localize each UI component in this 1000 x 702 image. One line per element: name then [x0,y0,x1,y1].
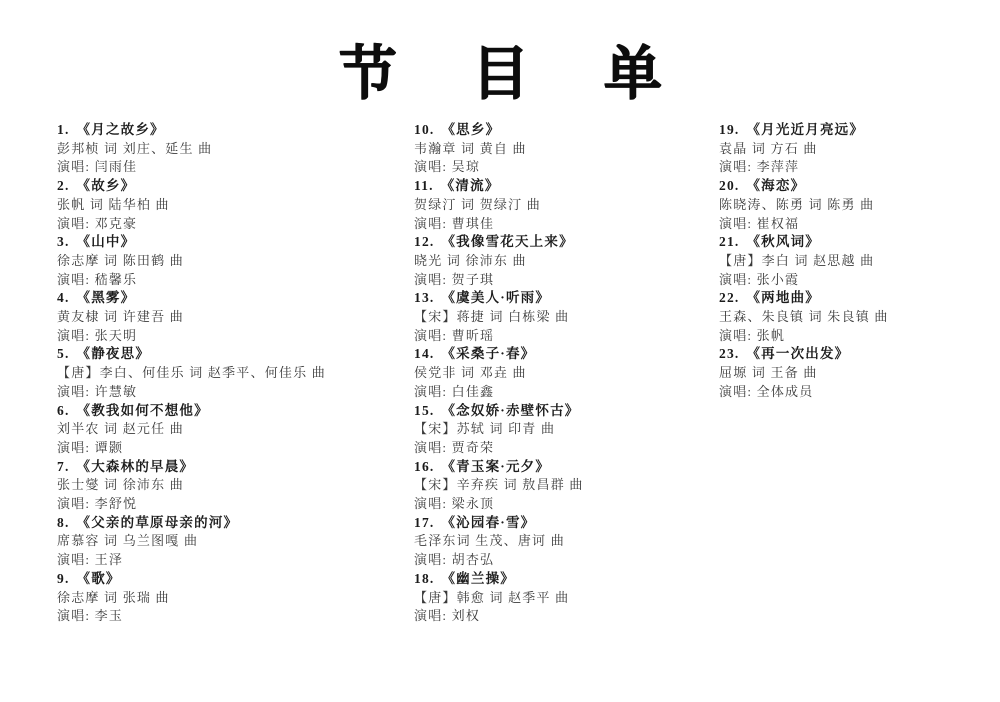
program-item: 19.《月光近月亮远》袁晶 词 方石 曲演唱: 李萍萍 [719,121,889,177]
song-name: 《思乡》 [441,122,500,137]
program-item: 3.《山中》徐志摩 词 陈田鹤 曲演唱: 嵇馨乐 [57,233,326,289]
program-item: 16.《青玉案·元夕》【宋】辛弃疾 词 敖昌群 曲演唱: 梁永顶 [414,458,584,514]
song-title-line: 8.《父亲的草原母亲的河》 [57,514,326,533]
song-credits: 刘半农 词 赵元任 曲 [57,420,326,439]
song-number: 4. [57,290,70,305]
song-title-line: 10.《思乡》 [414,121,584,140]
song-credits: 【唐】李白 词 赵思越 曲 [719,252,889,271]
song-title-line: 3.《山中》 [57,233,326,252]
song-name: 《青玉案·元夕》 [441,459,550,474]
song-name: 《海恋》 [746,178,805,193]
song-title-line: 18.《幽兰操》 [414,570,584,589]
program-item: 4.《黑雾》黄友棣 词 许建吾 曲演唱: 张天明 [57,289,326,345]
song-title-line: 9.《歌》 [57,570,326,589]
song-performer: 演唱: 王泽 [57,551,326,570]
song-credits: 席慕容 词 乌兰图嘎 曲 [57,532,326,551]
song-performer: 演唱: 李玉 [57,607,326,626]
song-name: 《清流》 [441,178,500,193]
song-name: 《再一次出发》 [746,346,849,361]
song-title-line: 19.《月光近月亮远》 [719,121,889,140]
program-item: 23.《再一次出发》屈塬 词 王备 曲演唱: 全体成员 [719,345,889,401]
song-name: 《沁园春·雪》 [441,515,535,530]
song-number: 6. [57,403,70,418]
program-item: 5.《静夜思》【唐】李白、何佳乐 词 赵季平、何佳乐 曲演唱: 许慧敏 [57,345,326,401]
song-name: 《两地曲》 [746,290,820,305]
song-performer: 演唱: 嵇馨乐 [57,271,326,290]
song-credits: 侯党非 词 邓垚 曲 [414,364,584,383]
song-name: 《父亲的草原母亲的河》 [77,515,239,530]
song-number: 16. [414,459,434,474]
program-item: 10.《思乡》韦瀚章 词 黄自 曲演唱: 吴琼 [414,121,584,177]
song-performer: 演唱: 贾奇荣 [414,439,584,458]
song-number: 17. [414,515,434,530]
song-name: 《歌》 [77,571,121,586]
song-credits: 彭邦桢 词 刘庄、延生 曲 [57,140,326,159]
song-credits: 【宋】苏轼 词 印青 曲 [414,420,584,439]
song-name: 《黑雾》 [77,290,136,305]
song-performer: 演唱: 李舒悦 [57,495,326,514]
program-column-1: 1.《月之故乡》彭邦桢 词 刘庄、延生 曲演唱: 闫雨佳2.《故乡》张帆 词 陆… [57,121,326,626]
song-title-line: 6.《教我如何不想他》 [57,402,326,421]
song-title-line: 1.《月之故乡》 [57,121,326,140]
song-credits: 【唐】李白、何佳乐 词 赵季平、何佳乐 曲 [57,364,326,383]
song-number: 13. [414,290,434,305]
song-name: 《秋风词》 [746,234,820,249]
song-performer: 演唱: 曹琪佳 [414,215,584,234]
song-credits: 【宋】辛弃疾 词 敖昌群 曲 [414,476,584,495]
program-item: 6.《教我如何不想他》刘半农 词 赵元任 曲演唱: 谭颢 [57,402,326,458]
program-item: 20.《海恋》陈晓涛、陈勇 词 陈勇 曲演唱: 崔权福 [719,177,889,233]
song-number: 5. [57,346,70,361]
song-credits: 王森、朱良镇 词 朱良镇 曲 [719,308,889,327]
song-title-line: 7.《大森林的早晨》 [57,458,326,477]
song-number: 8. [57,515,70,530]
song-number: 2. [57,178,70,193]
program-column-2: 10.《思乡》韦瀚章 词 黄自 曲演唱: 吴琼11.《清流》贺绿汀 词 贺绿汀 … [414,121,584,626]
song-name: 《采桑子·春》 [441,346,535,361]
song-credits: 徐志摩 词 陈田鹤 曲 [57,252,326,271]
song-number: 11. [414,178,434,193]
song-name: 《月光近月亮远》 [746,122,864,137]
program-item: 18.《幽兰操》【唐】韩愈 词 赵季平 曲演唱: 刘权 [414,570,584,626]
program-item: 13.《虞美人·听雨》【宋】蒋捷 词 白栋梁 曲演唱: 曹昕瑶 [414,289,584,345]
song-credits: 黄友棣 词 许建吾 曲 [57,308,326,327]
song-performer: 演唱: 邓克豪 [57,215,326,234]
program-item: 17.《沁园春·雪》毛泽东词 生茂、唐诃 曲演唱: 胡杏弘 [414,514,584,570]
song-credits: 陈晓涛、陈勇 词 陈勇 曲 [719,196,889,215]
program-page: 节 目 单 1.《月之故乡》彭邦桢 词 刘庄、延生 曲演唱: 闫雨佳2.《故乡》… [0,0,1000,702]
song-performer: 演唱: 谭颢 [57,439,326,458]
song-number: 15. [414,403,434,418]
song-performer: 演唱: 刘权 [414,607,584,626]
song-title-line: 13.《虞美人·听雨》 [414,289,584,308]
program-item: 7.《大森林的早晨》张士燮 词 徐沛东 曲演唱: 李舒悦 [57,458,326,514]
song-credits: 张士燮 词 徐沛东 曲 [57,476,326,495]
song-credits: 【唐】韩愈 词 赵季平 曲 [414,589,584,608]
song-performer: 演唱: 张天明 [57,327,326,346]
song-performer: 演唱: 白佳鑫 [414,383,584,402]
program-item: 12.《我像雪花天上来》晓光 词 徐沛东 曲演唱: 贺子琪 [414,233,584,289]
song-title-line: 12.《我像雪花天上来》 [414,233,584,252]
song-title-line: 5.《静夜思》 [57,345,326,364]
program-item: 2.《故乡》张帆 词 陆华柏 曲演唱: 邓克豪 [57,177,326,233]
song-credits: 徐志摩 词 张瑞 曲 [57,589,326,608]
song-performer: 演唱: 贺子琪 [414,271,584,290]
program-item: 22.《两地曲》王森、朱良镇 词 朱良镇 曲演唱: 张帆 [719,289,889,345]
song-title-line: 15.《念奴娇·赤壁怀古》 [414,402,584,421]
song-number: 9. [57,571,70,586]
song-credits: 【宋】蒋捷 词 白栋梁 曲 [414,308,584,327]
song-title-line: 22.《两地曲》 [719,289,889,308]
song-number: 7. [57,459,70,474]
program-item: 8.《父亲的草原母亲的河》席慕容 词 乌兰图嘎 曲演唱: 王泽 [57,514,326,570]
program-item: 1.《月之故乡》彭邦桢 词 刘庄、延生 曲演唱: 闫雨佳 [57,121,326,177]
song-name: 《教我如何不想他》 [77,403,209,418]
program-item: 15.《念奴娇·赤壁怀古》【宋】苏轼 词 印青 曲演唱: 贾奇荣 [414,402,584,458]
song-title-line: 2.《故乡》 [57,177,326,196]
song-performer: 演唱: 李萍萍 [719,158,889,177]
program-item: 9.《歌》徐志摩 词 张瑞 曲演唱: 李玉 [57,570,326,626]
song-name: 《大森林的早晨》 [77,459,195,474]
song-title-line: 14.《采桑子·春》 [414,345,584,364]
song-number: 18. [414,571,434,586]
program-item: 14.《采桑子·春》侯党非 词 邓垚 曲演唱: 白佳鑫 [414,345,584,401]
song-number: 1. [57,122,70,137]
song-title-line: 16.《青玉案·元夕》 [414,458,584,477]
song-performer: 演唱: 许慧敏 [57,383,326,402]
song-number: 3. [57,234,70,249]
song-performer: 演唱: 闫雨佳 [57,158,326,177]
song-performer: 演唱: 崔权福 [719,215,889,234]
song-performer: 演唱: 全体成员 [719,383,889,402]
song-credits: 晓光 词 徐沛东 曲 [414,252,584,271]
song-number: 20. [719,178,739,193]
song-name: 《虞美人·听雨》 [441,290,550,305]
song-credits: 屈塬 词 王备 曲 [719,364,889,383]
song-name: 《我像雪花天上来》 [441,234,573,249]
song-title-line: 20.《海恋》 [719,177,889,196]
song-performer: 演唱: 梁永顶 [414,495,584,514]
program-item: 21.《秋风词》【唐】李白 词 赵思越 曲演唱: 张小霞 [719,233,889,289]
program-item: 11.《清流》贺绿汀 词 贺绿汀 曲演唱: 曹琪佳 [414,177,584,233]
song-performer: 演唱: 张小霞 [719,271,889,290]
song-number: 10. [414,122,434,137]
song-number: 22. [719,290,739,305]
song-credits: 贺绿汀 词 贺绿汀 曲 [414,196,584,215]
song-name: 《念奴娇·赤壁怀古》 [441,403,579,418]
document-title: 节 目 单 [0,26,1000,110]
song-name: 《静夜思》 [77,346,151,361]
song-performer: 演唱: 胡杏弘 [414,551,584,570]
song-performer: 演唱: 吴琼 [414,158,584,177]
song-number: 23. [719,346,739,361]
song-performer: 演唱: 张帆 [719,327,889,346]
song-credits: 张帆 词 陆华柏 曲 [57,196,326,215]
song-credits: 袁晶 词 方石 曲 [719,140,889,159]
song-title-line: 17.《沁园春·雪》 [414,514,584,533]
song-credits: 韦瀚章 词 黄自 曲 [414,140,584,159]
song-title-line: 21.《秋风词》 [719,233,889,252]
song-title-line: 4.《黑雾》 [57,289,326,308]
song-name: 《幽兰操》 [441,571,515,586]
song-title-line: 23.《再一次出发》 [719,345,889,364]
program-column-3: 19.《月光近月亮远》袁晶 词 方石 曲演唱: 李萍萍20.《海恋》陈晓涛、陈勇… [719,121,889,402]
song-number: 21. [719,234,739,249]
song-credits: 毛泽东词 生茂、唐诃 曲 [414,532,584,551]
song-name: 《月之故乡》 [77,122,165,137]
song-title-line: 11.《清流》 [414,177,584,196]
song-number: 14. [414,346,434,361]
song-performer: 演唱: 曹昕瑶 [414,327,584,346]
song-number: 19. [719,122,739,137]
song-name: 《山中》 [77,234,136,249]
song-number: 12. [414,234,434,249]
song-name: 《故乡》 [77,178,136,193]
